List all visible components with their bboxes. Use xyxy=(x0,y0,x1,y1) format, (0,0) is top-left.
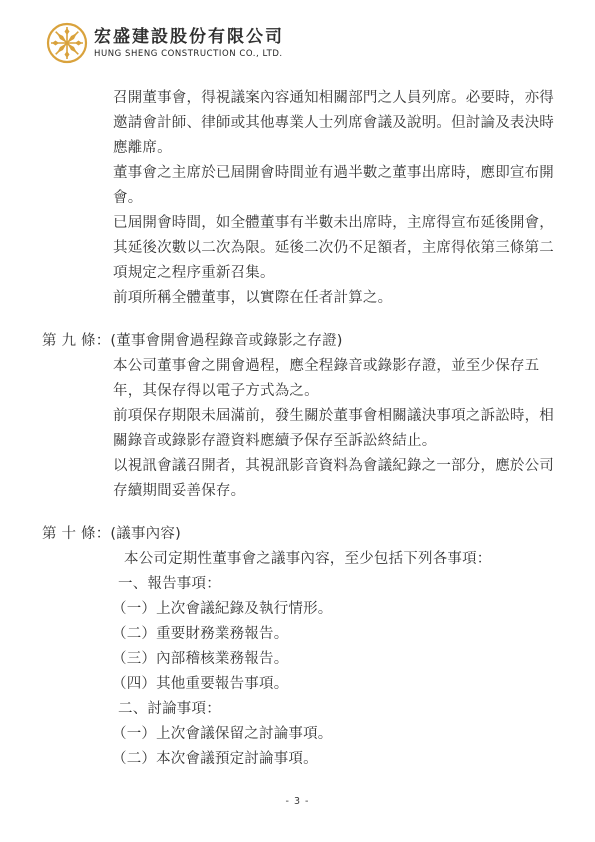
text-line: （一）上次會議紀錄及執行情形。 xyxy=(0,597,595,622)
text-line: 年，其保存得以電子方式為之。 xyxy=(0,379,595,404)
text-line: 項規定之程序重新召集。 xyxy=(0,261,595,286)
text-line: 前項保存期限未屆滿前，發生關於董事會相關議決事項之訴訟時，相 xyxy=(0,404,595,429)
page-number: - 3 - xyxy=(286,796,310,807)
article-heading: 第 九 條：(董事會開會過程錄音或錄影之存證) xyxy=(0,329,595,354)
text-line: （二）重要財務業務報告。 xyxy=(0,622,595,647)
text-line: 存續期間妥善保存。 xyxy=(0,479,595,504)
text-line: （二）本次會議預定討論事項。 xyxy=(0,747,595,772)
company-names: 宏盛建設股份有限公司 HUNG SHENG CONSTRUCTION CO., … xyxy=(94,22,284,59)
text-line: 邀請會計師、律師或其他專業人士列席會議及說明。但討論及表決時 xyxy=(0,111,595,136)
text-line: 前項所稱全體董事，以實際在任者計算之。 xyxy=(0,286,595,311)
text-line: 應離席。 xyxy=(0,136,595,161)
text-line: 其延後次數以二次為限。延後二次仍不足額者，主席得依第三條第二 xyxy=(0,236,595,261)
company-name-zh: 宏盛建設股份有限公司 xyxy=(94,26,284,48)
text-line: 本公司定期性董事會之議事內容，至少包括下列各事項： xyxy=(0,547,595,572)
text-line: 本公司董事會之開會過程，應全程錄音或錄影存證，並至少保存五 xyxy=(0,354,595,379)
text-line: 會。 xyxy=(0,186,595,211)
text-line: 二、討論事項： xyxy=(0,697,595,722)
document-page: 宏盛建設股份有限公司 HUNG SHENG CONSTRUCTION CO., … xyxy=(0,0,595,842)
text-line: （四）其他重要報告事項。 xyxy=(0,672,595,697)
company-name-en: HUNG SHENG CONSTRUCTION CO., LTD. xyxy=(94,49,284,59)
company-logo-icon xyxy=(46,22,88,64)
text-line: 已屆開會時間，如全體董事有半數未出席時，主席得宣布延後開會， xyxy=(0,211,595,236)
text-line: （一）上次會議保留之討論事項。 xyxy=(0,722,595,747)
text-line: 召開董事會，得視議案內容通知相關部門之人員列席。必要時，亦得 xyxy=(0,86,595,111)
text-line: 關錄音或錄影存證資料應續予保存至訴訟終結止。 xyxy=(0,429,595,454)
document-body: 召開董事會，得視議案內容通知相關部門之人員列席。必要時，亦得邀請會計師、律師或其… xyxy=(0,86,595,772)
page-footer: - 3 - xyxy=(0,789,595,808)
text-line: 董事會之主席於已屆開會時間並有過半數之董事出席時，應即宣布開 xyxy=(0,161,595,186)
text-line: 以視訊會議召開者，其視訊影音資料為會議紀錄之一部分，應於公司 xyxy=(0,454,595,479)
text-line: （三）內部稽核業務報告。 xyxy=(0,647,595,672)
article-heading: 第 十 條：(議事內容) xyxy=(0,522,595,547)
text-line: 一、報告事項： xyxy=(0,572,595,597)
letterhead: 宏盛建設股份有限公司 HUNG SHENG CONSTRUCTION CO., … xyxy=(46,22,284,64)
